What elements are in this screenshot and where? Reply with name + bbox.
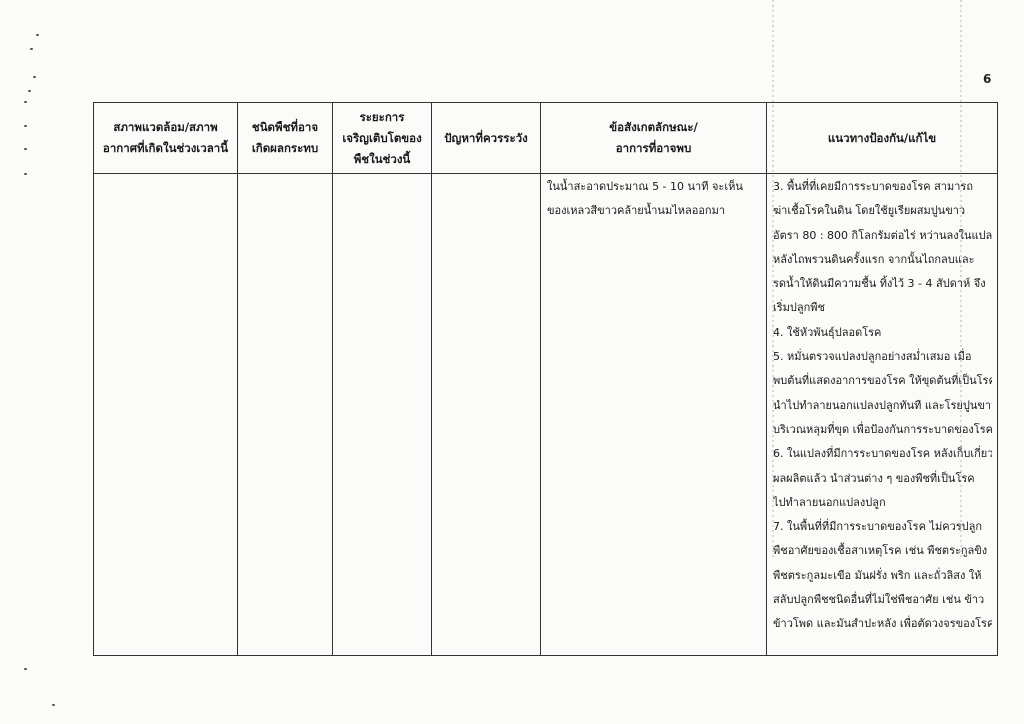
scan-speck xyxy=(33,76,36,78)
cell-text-line: ข้าวโพด และมันสำปะหลัง เพื่อตัดวงจรของโร… xyxy=(773,612,992,636)
page-number: 6 xyxy=(983,72,991,86)
scan-speck xyxy=(24,668,27,670)
header-line: แนวทางป้องกัน/แก้ไข xyxy=(771,128,993,149)
cell-text-line: 7. ในพื้นที่ที่มีการระบาดของโรค ไม่ควรปล… xyxy=(773,515,992,539)
header-line: ระยะการ xyxy=(337,107,427,128)
cell-growth-stage xyxy=(333,174,432,656)
scan-speck xyxy=(24,173,27,175)
cell-text-line: 4. ใช้หัวพันธุ์ปลอดโรค xyxy=(773,321,992,345)
scan-speck xyxy=(36,34,39,36)
cell-environment xyxy=(94,174,238,656)
table-row: ในน้ำสะอาดประมาณ 5 - 10 นาที จะเห็นของเห… xyxy=(94,174,998,656)
cell-text-line: ผลผลิตแล้ว นำส่วนต่าง ๆ ของพืชที่เป็นโรค xyxy=(773,467,992,491)
cell-text-line: ในน้ำสะอาดประมาณ 5 - 10 นาที จะเห็น xyxy=(547,175,761,199)
header-problems: ปัญหาที่ควรระวัง xyxy=(432,103,541,174)
scan-speck xyxy=(52,704,55,706)
cell-text-line: สลับปลูกพืชชนิดอื่นที่ไม่ใช่พืชอาศัย เช่… xyxy=(773,588,992,612)
header-prevention: แนวทางป้องกัน/แก้ไข xyxy=(767,103,998,174)
scan-speck xyxy=(24,148,27,150)
scan-speck xyxy=(30,48,33,50)
cell-text-line: พบต้นที่แสดงอาการของโรค ให้ขุดต้นที่เป็น… xyxy=(773,369,992,393)
cell-affected-crops xyxy=(238,174,333,656)
header-environment: สภาพแวดล้อม/สภาพ อากาศที่เกิดในช่วงเวลาน… xyxy=(94,103,238,174)
cell-text-line: ของเหลวสีขาวคล้ายน้ำนมไหลออกมา xyxy=(547,199,761,223)
cell-text-line: 5. หมั่นตรวจแปลงปลูกอย่างสม่ำเสมอ เมื่อ xyxy=(773,345,992,369)
cell-text-line: รดน้ำให้ดินมีความชื้น ทิ้งไว้ 3 - 4 สัปด… xyxy=(773,272,992,296)
cell-text-line: ไปทำลายนอกแปลงปลูก xyxy=(773,491,992,515)
header-line: ชนิดพืชที่อาจ xyxy=(242,117,328,138)
cell-text-line: ฆ่าเชื้อโรคในดิน โดยใช้ยูเรียผสมปูนขาว xyxy=(773,199,992,223)
cell-text-line: 6. ในแปลงที่มีการระบาดของโรค หลังเก็บเกี… xyxy=(773,442,992,466)
header-line: สภาพแวดล้อม/สภาพ xyxy=(98,117,233,138)
header-symptoms: ข้อสังเกตลักษณะ/ อาการที่อาจพบ xyxy=(541,103,767,174)
cell-text-line: นำไปทำลายนอกแปลงปลูกทันที และโรยปูนขาว xyxy=(773,394,992,418)
header-line: อากาศที่เกิดในช่วงเวลานี้ xyxy=(98,138,233,159)
cell-text-line: บริเวณหลุมที่ขุด เพื่อป้องกันการระบาดของ… xyxy=(773,418,992,442)
cell-prevention: 3. พื้นที่ที่เคยมีการระบาดของโรค สามารถฆ… xyxy=(767,174,998,656)
header-growth-stage: ระยะการ เจริญเติบโตของ พืชในช่วงนี้ xyxy=(333,103,432,174)
scan-speck xyxy=(24,125,27,127)
scan-speck xyxy=(28,90,31,92)
scan-speck xyxy=(24,101,27,103)
cell-text-line: พืชอาศัยของเชื้อสาเหตุโรค เช่น พืชตระกูล… xyxy=(773,539,992,563)
cell-text-line: 3. พื้นที่ที่เคยมีการระบาดของโรค สามารถ xyxy=(773,175,992,199)
header-line: พืชในช่วงนี้ xyxy=(337,149,427,170)
header-affected-crops: ชนิดพืชที่อาจ เกิดผลกระทบ xyxy=(238,103,333,174)
cell-text-line: พืชตระกูลมะเขือ มันฝรั่ง พริก และถั่วลิส… xyxy=(773,564,992,588)
header-line: ข้อสังเกตลักษณะ/ xyxy=(545,117,762,138)
header-line: ปัญหาที่ควรระวัง xyxy=(436,128,536,149)
guideline-table: สภาพแวดล้อม/สภาพ อากาศที่เกิดในช่วงเวลาน… xyxy=(93,102,998,656)
cell-text-line: เริ่มปลูกพืช xyxy=(773,296,992,320)
header-line: เจริญเติบโตของ xyxy=(337,128,427,149)
cell-problems xyxy=(432,174,541,656)
cell-symptoms: ในน้ำสะอาดประมาณ 5 - 10 นาที จะเห็นของเห… xyxy=(541,174,767,656)
table-header-row: สภาพแวดล้อม/สภาพ อากาศที่เกิดในช่วงเวลาน… xyxy=(94,103,998,174)
header-line: อาการที่อาจพบ xyxy=(545,138,762,159)
cell-text-line: หลังไถพรวนดินครั้งแรก จากนั้นไถกลบและ xyxy=(773,248,992,272)
cell-text-line: อัตรา 80 : 800 กิโลกรัมต่อไร่ หว่านลงในแ… xyxy=(773,224,992,248)
header-line: เกิดผลกระทบ xyxy=(242,138,328,159)
